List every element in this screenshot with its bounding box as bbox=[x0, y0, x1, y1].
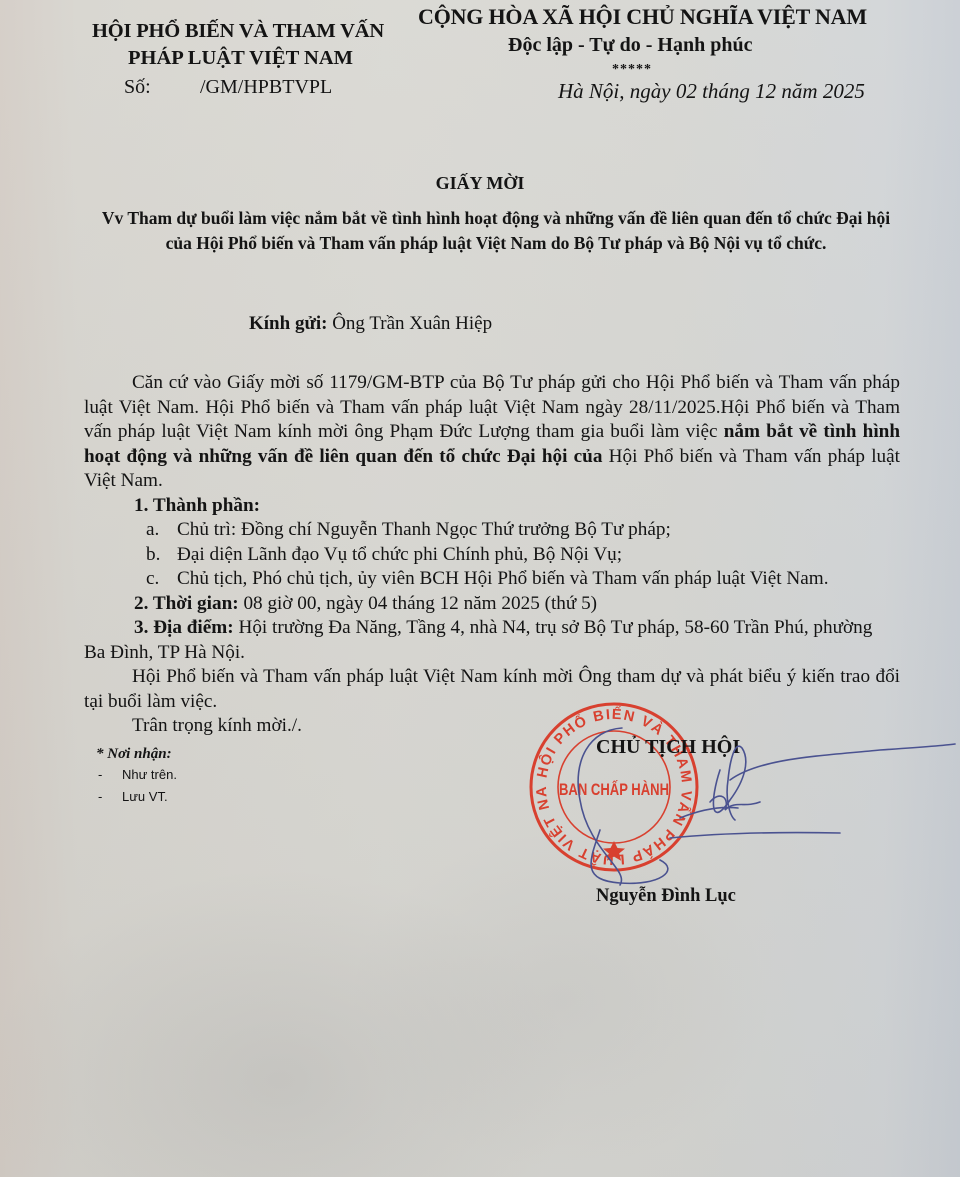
national-title: CỘNG HÒA XÃ HỘI CHỦ NGHĨA VIỆT NAM bbox=[418, 4, 867, 30]
location-continuation: Ba Đình, TP Hà Nội. bbox=[84, 641, 900, 666]
closing-invite: Hội Phổ biến và Tham vấn pháp luật Việt … bbox=[84, 665, 900, 714]
place-date: Hà Nội, ngày 02 tháng 12 năm 2025 bbox=[558, 79, 865, 104]
document-subject: Vv Tham dự buổi làm việc nắm bắt về tình… bbox=[92, 206, 900, 256]
document-number-value: /GM/HPBTVPL bbox=[200, 76, 332, 98]
ornament-stars: ***** bbox=[612, 62, 652, 78]
recipient-item: -Lưu VT. bbox=[98, 789, 168, 804]
recipients-title: * Nơi nhận: bbox=[96, 746, 172, 763]
handwritten-signature bbox=[560, 720, 960, 890]
document-number: Số:/GM/HPBTVPL bbox=[124, 76, 332, 99]
document-title: GIẤY MỜI bbox=[0, 173, 960, 194]
organization-name-line1: HỘI PHỔ BIẾN VÀ THAM VẤN bbox=[92, 20, 384, 43]
list-item: c.Chủ tịch, Phó chủ tịch, ủy viên BCH Hộ… bbox=[84, 567, 900, 592]
addressee-name: Ông Trần Xuân Hiệp bbox=[332, 313, 492, 334]
section-composition-label: 1. Thành phần: bbox=[84, 494, 900, 519]
section-location: 3. Địa điểm: Hội trường Đa Năng, Tầng 4,… bbox=[84, 616, 900, 641]
section-time: 2. Thời gian: 08 giờ 00, ngày 04 tháng 1… bbox=[84, 592, 900, 617]
list-item: a.Chủ trì: Đồng chí Nguyễn Thanh Ngọc Th… bbox=[84, 518, 900, 543]
addressee-label: Kính gửi: bbox=[249, 313, 327, 334]
list-item: b.Đại diện Lãnh đạo Vụ tổ chức phi Chính… bbox=[84, 543, 900, 568]
document-number-label: Số: bbox=[124, 76, 200, 99]
document-body: Căn cứ vào Giấy mời số 1179/GM-BTP của B… bbox=[84, 371, 900, 739]
signatory-name: Nguyễn Đình Lục bbox=[596, 886, 736, 907]
recipient-item: -Như trên. bbox=[98, 767, 177, 782]
national-motto: Độc lập - Tự do - Hạnh phúc bbox=[508, 34, 752, 57]
intro-paragraph: Căn cứ vào Giấy mời số 1179/GM-BTP của B… bbox=[84, 371, 900, 494]
addressee: Kính gửi: Ông Trần Xuân Hiệp bbox=[249, 313, 492, 335]
organization-name-line2: PHÁP LUẬT VIỆT NAM bbox=[128, 47, 353, 70]
details-list: 1. Thành phần: a.Chủ trì: Đồng chí Nguyễ… bbox=[84, 494, 900, 641]
